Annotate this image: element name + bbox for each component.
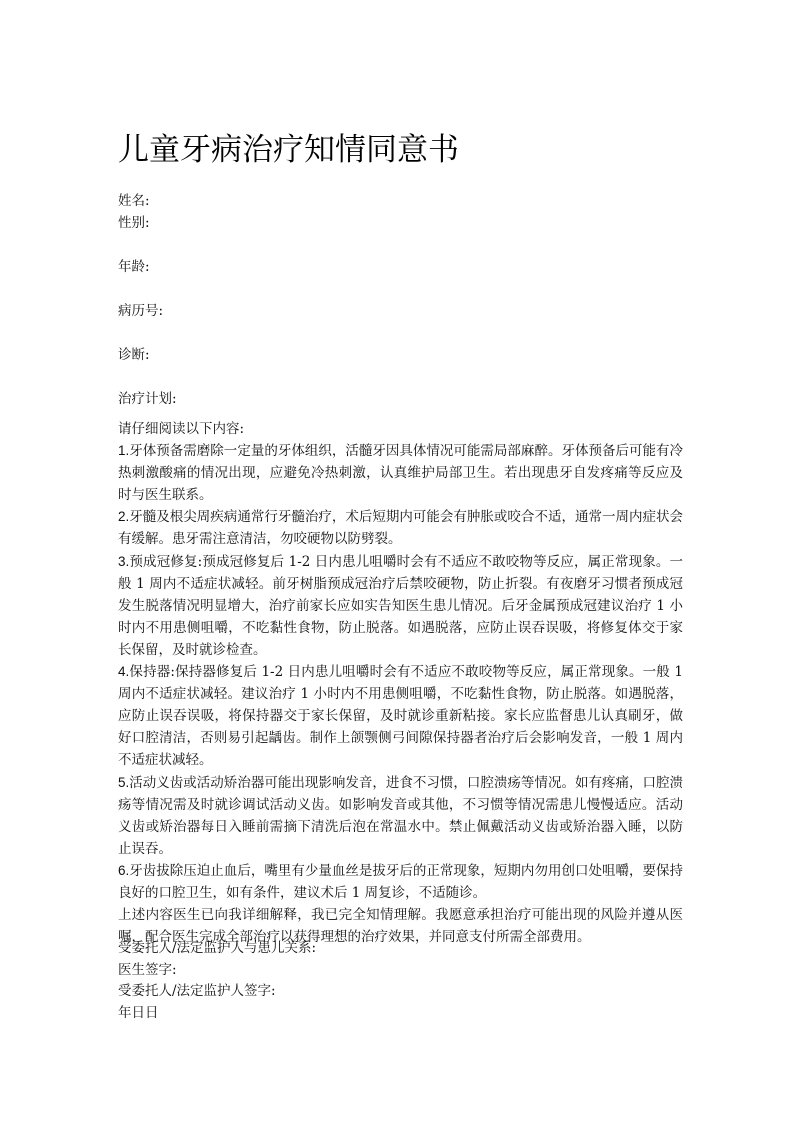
- item-number: 5.: [118, 775, 129, 790]
- item-number: 2.: [118, 509, 129, 524]
- item-6: 6.牙齿拔除压迫止血后，嘴里有少量血丝是拔牙后的正常现象，短期内勿用创口处咀嚼，…: [118, 860, 683, 904]
- item-text: 牙体预备需磨除一定量的牙体组织，活髓牙因具体情况可能需局部麻醉。牙体预备后可能有…: [118, 443, 683, 503]
- item-text: 预成冠修复:预成冠修复后 1-2 日内患儿咀嚼时会有不适应不敢咬物等反应，属正常…: [118, 554, 683, 658]
- item-text: 牙齿拔除压迫止血后，嘴里有少量血丝是拔牙后的正常现象，短期内勿用创口处咀嚼，要保…: [118, 863, 683, 901]
- field-gender: 性别:: [118, 212, 177, 234]
- field-age: 年龄:: [118, 256, 177, 278]
- item-number: 4.: [118, 664, 129, 679]
- field-diagnosis: 诊断:: [118, 344, 177, 366]
- patient-info-fields: 姓名: 性别: 年龄: 病历号: 诊断: 治疗计划:: [118, 190, 177, 410]
- item-1: 1.牙体预备需磨除一定量的牙体组织，活髓牙因具体情况可能需局部麻醉。牙体预备后可…: [118, 440, 683, 506]
- item-4: 4.保持器:保持器修复后 1-2 日内患儿咀嚼时会有不适应不敢咬物等反应，属正常…: [118, 661, 683, 771]
- spacer: [118, 322, 177, 344]
- spacer: [118, 278, 177, 300]
- item-text: 保持器:保持器修复后 1-2 日内患儿咀嚼时会有不适应不敢咬物等反应，属正常现象…: [118, 664, 683, 768]
- consent-body: 请仔细阅读以下内容: 1.牙体预备需磨除一定量的牙体组织，活髓牙因具体情况可能需…: [118, 418, 683, 948]
- item-3: 3.预成冠修复:预成冠修复后 1-2 日内患儿咀嚼时会有不适应不敢咬物等反应，属…: [118, 551, 683, 661]
- document-title: 儿童牙病治疗知情同意书: [118, 124, 459, 169]
- guardian-signature-field: 受委托人/法定监护人签字:: [118, 981, 316, 1003]
- doctor-signature-field: 医生签字:: [118, 960, 316, 982]
- intro-text: 请仔细阅读以下内容:: [118, 418, 683, 440]
- relationship-field: 受委托人/法定监护人与患儿关系:: [118, 938, 316, 960]
- item-5: 5.活动义齿或活动矫治器可能出现影响发音，进食不习惯，口腔溃疡等情况。如有疼痛，…: [118, 772, 683, 860]
- item-2: 2.牙髓及根尖周疾病通常行牙髓治疗，术后短期内可能会有肿胀或咬合不适，通常一周内…: [118, 506, 683, 550]
- item-number: 1.: [118, 443, 129, 458]
- spacer: [118, 234, 177, 256]
- field-name: 姓名:: [118, 190, 177, 212]
- item-number: 3.: [118, 554, 129, 569]
- signature-section: 受委托人/法定监护人与患儿关系: 医生签字: 受委托人/法定监护人签字: 年日日: [118, 938, 316, 1024]
- field-treatment-plan: 治疗计划:: [118, 388, 177, 410]
- item-number: 6.: [118, 863, 129, 878]
- spacer: [118, 366, 177, 388]
- item-text: 活动义齿或活动矫治器可能出现影响发音，进食不习惯，口腔溃疡等情况。如有疼痛，口腔…: [118, 775, 683, 857]
- date-field: 年日日: [118, 1003, 316, 1025]
- field-record-number: 病历号:: [118, 300, 177, 322]
- item-text: 牙髓及根尖周疾病通常行牙髓治疗，术后短期内可能会有肿胀或咬合不适，通常一周内症状…: [118, 509, 683, 547]
